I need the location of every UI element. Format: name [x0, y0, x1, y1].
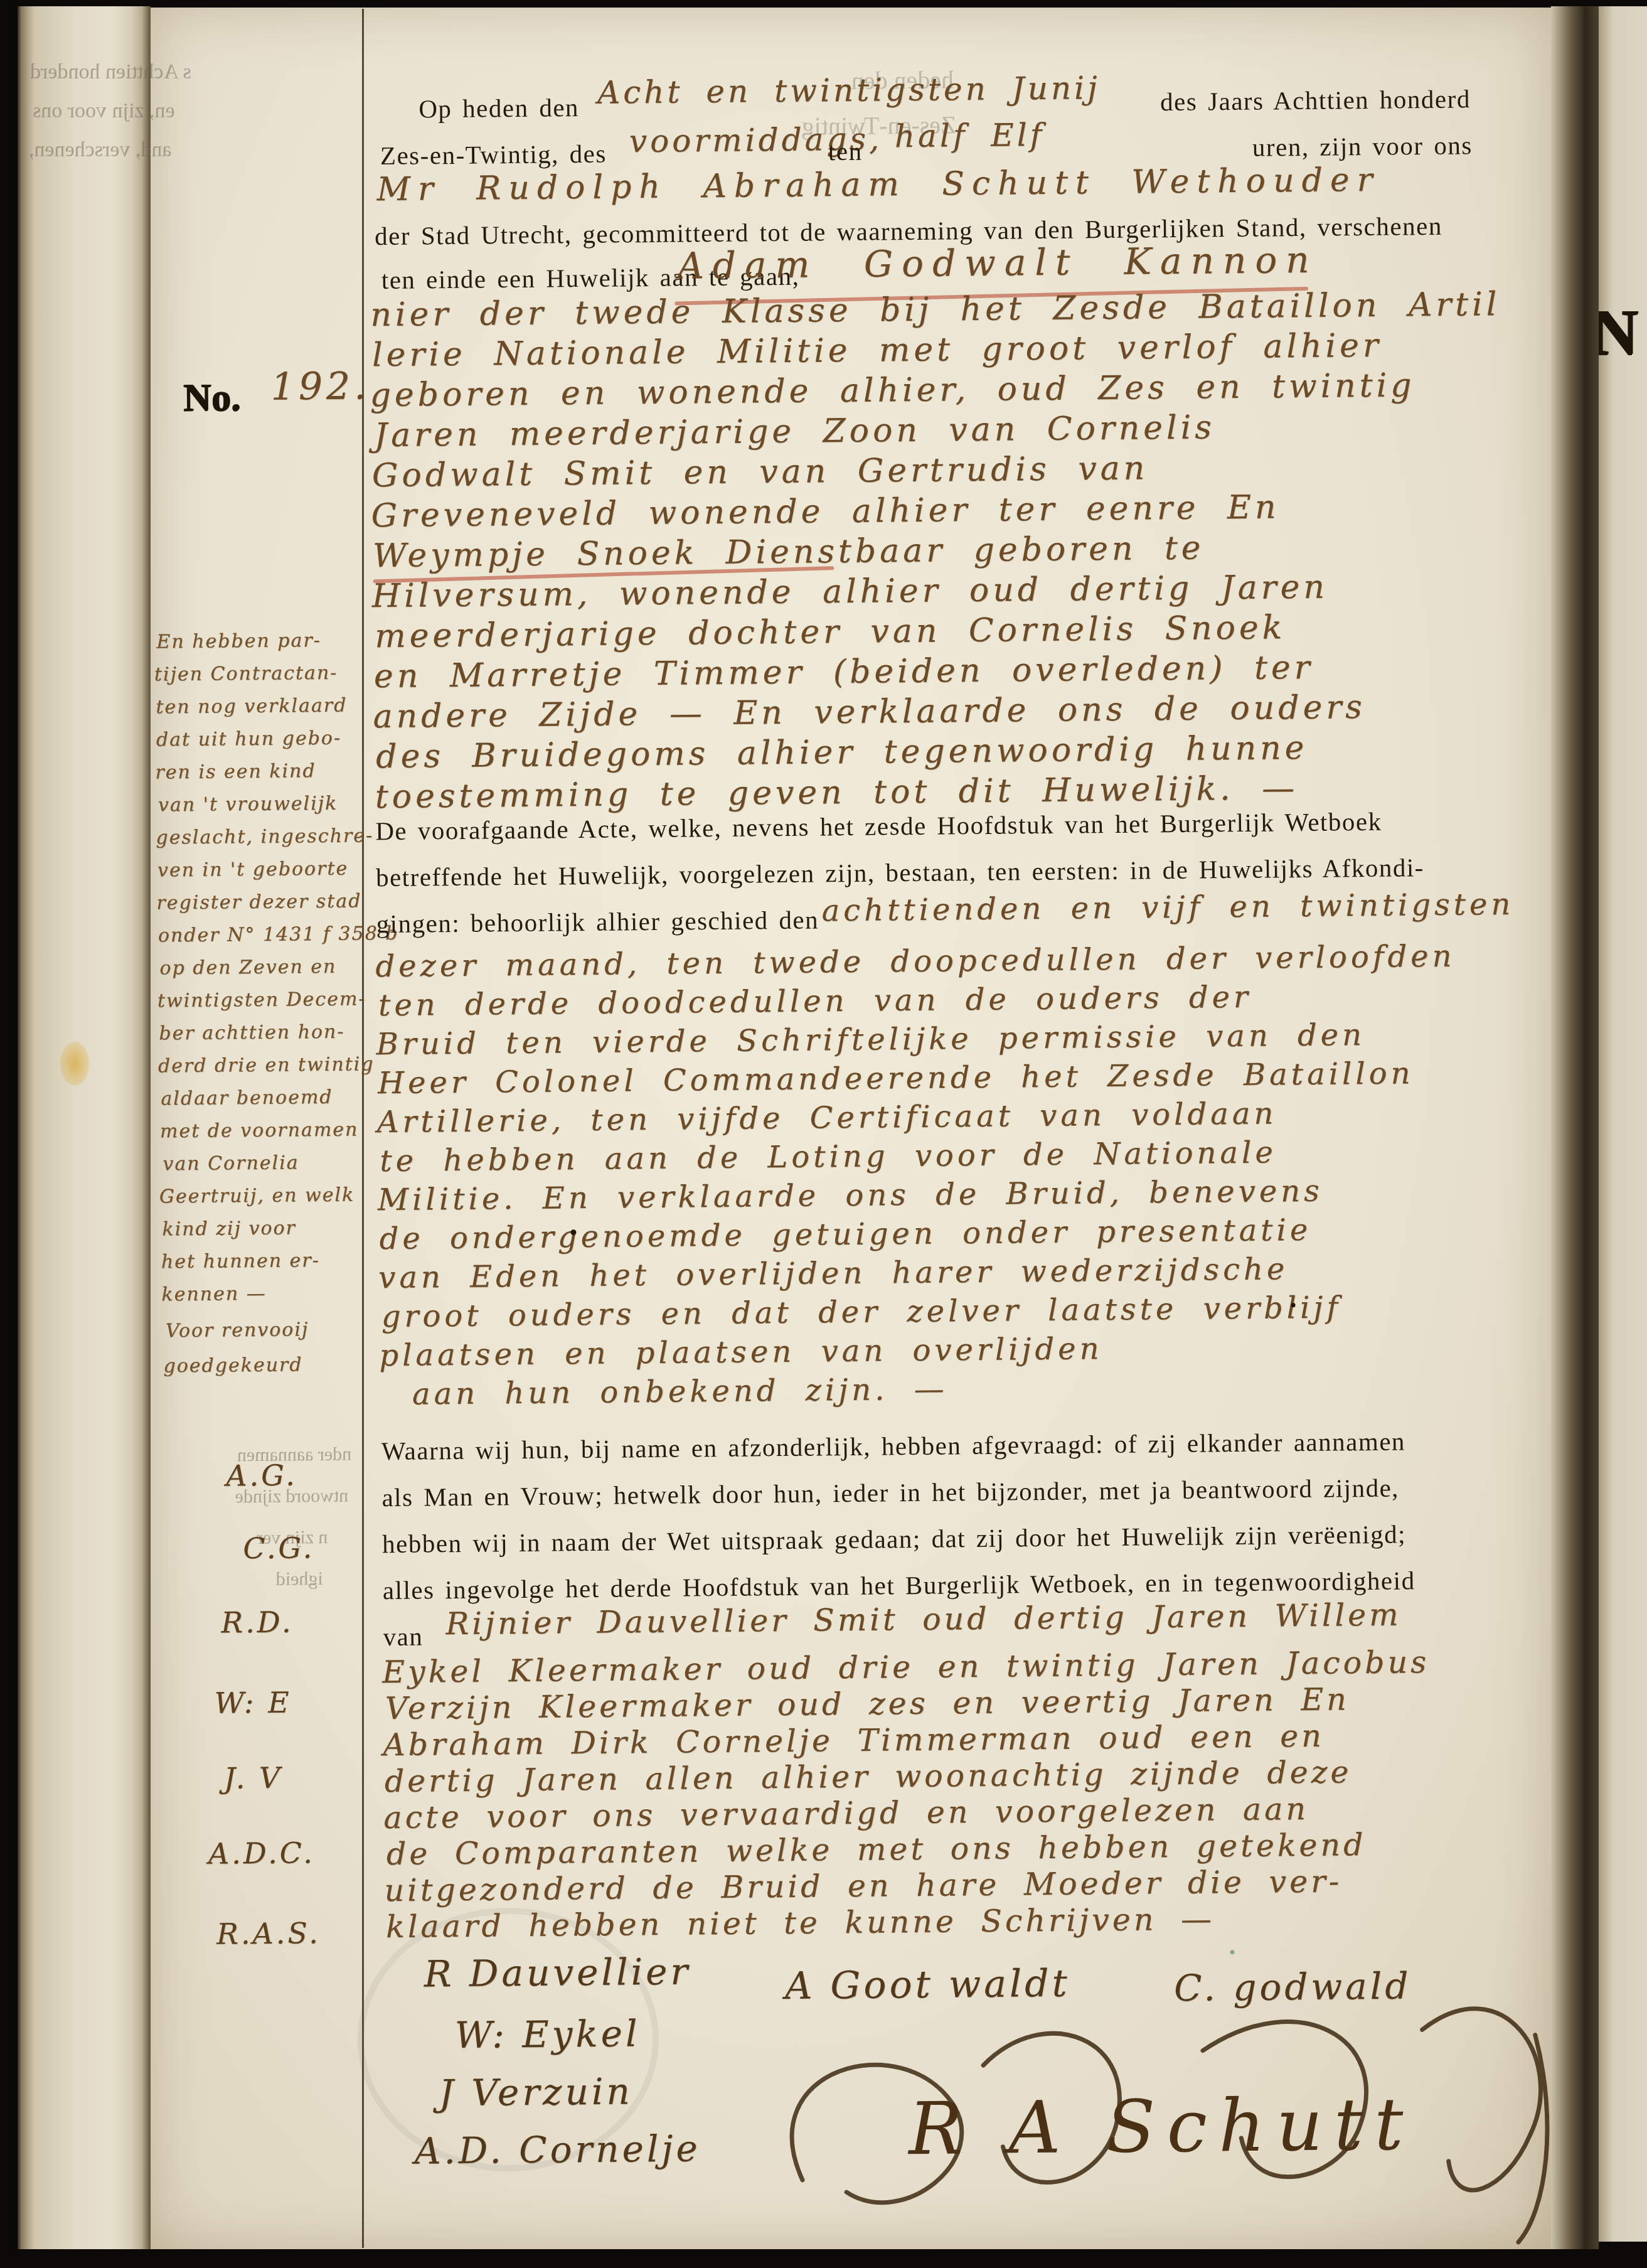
page-content: heden den Zes-en-Twintig No. 192. En heb…: [0, 0, 1647, 2268]
official-signature-flourish: R A Schutt: [0, 0, 1647, 2268]
signature-official: R A Schutt: [907, 2082, 1415, 2171]
book-scan: N s Achttien honderd en, zijn voor ons a…: [0, 0, 1647, 2268]
